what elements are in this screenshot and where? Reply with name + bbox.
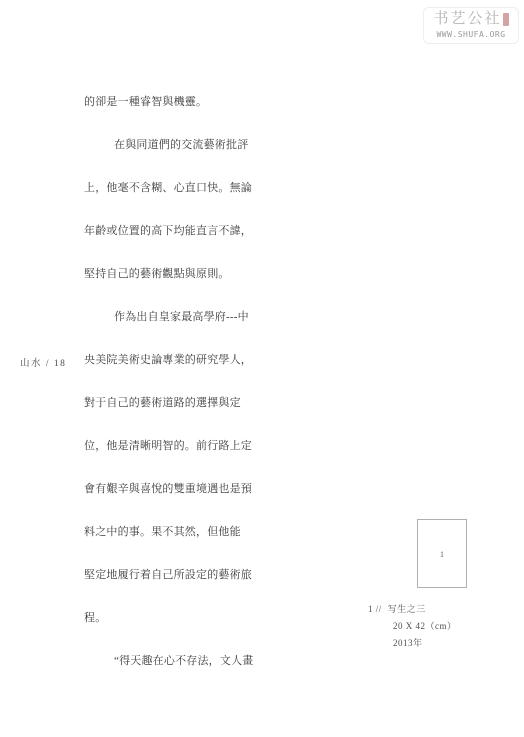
margin-folio-label: 山水 / 18 — [20, 355, 66, 369]
text-line: 程。 — [84, 611, 256, 654]
article-text-column: 的卻是一種睿智與機靈。 在與同道們的交流藝術批評 上，他毫不含糊、心直口快。無論… — [84, 95, 256, 697]
figure-caption: 1 //写生之三 20 X 42（cm） 2013年 — [368, 601, 457, 652]
shufa-logo-text: 书艺公社 — [433, 11, 501, 27]
text-line: 的卻是一種睿智與機靈。 — [84, 95, 256, 138]
text-line: 上，他毫不含糊、心直口快。無論 — [84, 181, 256, 224]
red-seal-icon — [503, 13, 509, 26]
text-line: 會有艱辛與喜悅的雙重境遇也是預 — [84, 482, 256, 525]
logo-row: 书艺公社 — [424, 8, 518, 30]
caption-size-line: 20 X 42（cm） — [368, 618, 457, 635]
text-line: 位，他是清晰明智的。前行路上定 — [84, 439, 256, 482]
caption-title-line: 1 //写生之三 — [368, 601, 457, 618]
caption-title: 写生之三 — [388, 604, 426, 614]
figure-placeholder: 1 — [417, 519, 467, 588]
text-line: 年齡或位置的高下均能直言不諱， — [84, 224, 256, 267]
caption-year-line: 2013年 — [368, 635, 457, 652]
text-line: 央美院美術史論專業的研究學人， — [84, 353, 256, 396]
text-line: 堅持自己的藝術觀點與原則。 — [84, 267, 256, 310]
text-line: 料之中的事。果不其然，但他能 — [84, 525, 256, 568]
document-page: 书艺公社 WWW.SHUFA.ORG 山水 / 18 的卻是一種睿智與機靈。 在… — [0, 0, 524, 737]
figure-number: 1 — [440, 549, 444, 559]
text-line: 作為出自皇家最高學府---中 — [84, 310, 256, 353]
text-line: 堅定地履行着自己所設定的藝術旅 — [84, 568, 256, 611]
caption-index: 1 // — [368, 604, 382, 614]
site-url-text: WWW.SHUFA.ORG — [424, 30, 518, 40]
site-watermark: 书艺公社 WWW.SHUFA.ORG — [423, 7, 519, 44]
text-line: 在與同道們的交流藝術批評 — [84, 138, 256, 181]
text-line: 對于自己的藝術道路的選擇與定 — [84, 396, 256, 439]
text-line: “得天趣在心不存法，文人畫 — [84, 654, 256, 697]
